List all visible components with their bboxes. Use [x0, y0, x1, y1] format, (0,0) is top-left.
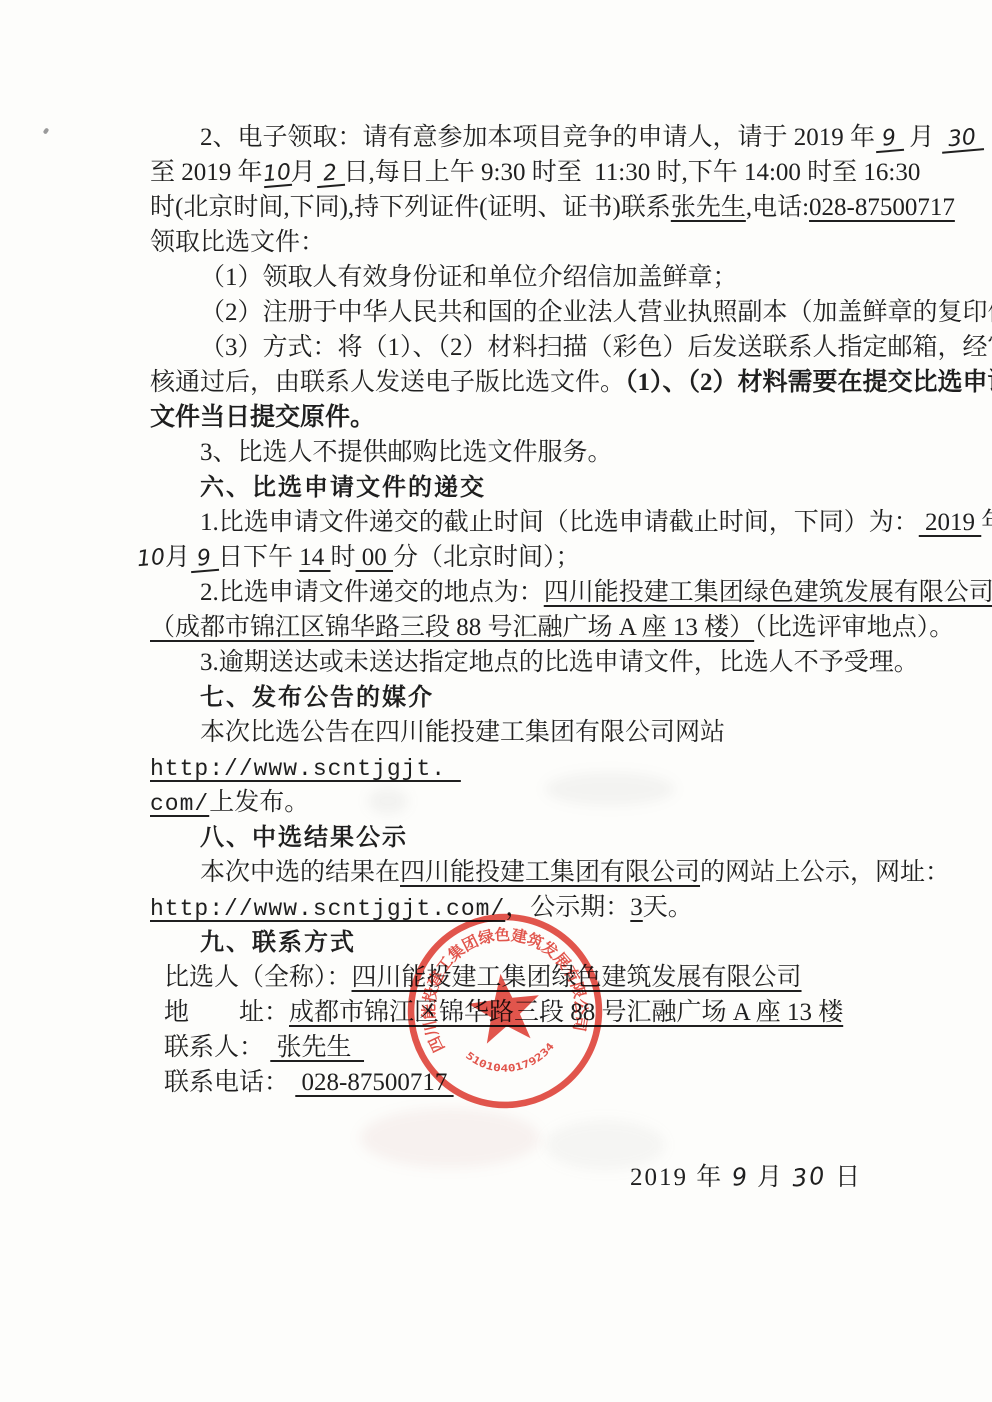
- text-run: 七、发布公告的媒介: [200, 684, 434, 711]
- text-run: 30: [939, 119, 984, 158]
- text-run: 00: [356, 544, 394, 571]
- text-run: 分（北京时间）；: [393, 544, 581, 571]
- text-run: 月: [165, 544, 190, 571]
- text-run: 联系人：: [164, 1034, 270, 1061]
- doc-line: 2、电子领取：请有意参加本项目竞争的申请人，请于 2019 年 9 月 30 日: [200, 120, 872, 155]
- text-run: 文件当日提交原件。: [150, 404, 375, 431]
- text-run: 30: [791, 1159, 828, 1197]
- doc-line: 九、联系方式: [200, 925, 872, 960]
- text-run: com/: [150, 791, 209, 817]
- doc-line: （1）领取人有效身份证和单位介绍信加盖鲜章；: [200, 260, 872, 295]
- scan-smudge: [545, 772, 675, 806]
- text-run: 至 2019 年: [150, 159, 263, 186]
- doc-line: 至 2019 年10月 2 日,每日上午 9:30 时至 11:30 时,下午 …: [150, 155, 872, 190]
- text-run: 六、比选申请文件的递交: [200, 474, 486, 501]
- doc-line: 联系电话： 028-87500717: [164, 1065, 872, 1100]
- text-run: （成都市锦江区锦华路三段 88 号汇融广场 A 座 13 楼）: [150, 614, 754, 641]
- text-run: 联系电话：: [164, 1069, 295, 1096]
- text-run: ,电话:: [746, 194, 809, 221]
- text-run: 月: [291, 159, 316, 186]
- text-run: 比选人（全称）：: [164, 964, 352, 991]
- text-run: 10: [261, 155, 292, 192]
- doc-line: 10月 9 日下午 14 时 00 分（北京时间）；: [137, 540, 872, 575]
- text-run: http://www.scntjgjt.com/: [150, 896, 505, 922]
- text-run: 2019 年: [630, 1164, 732, 1191]
- date-line: 2019 年 9 月 30 日: [630, 1160, 872, 1195]
- scan-speck: [43, 127, 50, 134]
- text-run: 领取比选文件：: [150, 229, 325, 256]
- text-run: 八、中选结果公示: [200, 824, 408, 851]
- doc-line: 本次中选的结果在四川能投建工集团有限公司的网站上公示，网址：: [200, 855, 872, 890]
- text-run: （比选评审地点）。: [754, 614, 954, 641]
- text-run: 上发布。: [209, 789, 309, 816]
- text-run: 日: [983, 124, 992, 151]
- text-run: 四川能投建工集团绿色建筑发展有限公司: [544, 579, 992, 606]
- text-run: 3、比选人不提供邮购比选文件服务。: [200, 439, 613, 466]
- doc-line: 文件当日提交原件。: [150, 400, 872, 435]
- text-run: （3）方式：将（1）、（2）材料扫描（彩色）后发送联系人指定邮箱，经审: [200, 334, 992, 361]
- text-run: 时: [331, 544, 356, 571]
- text-run: 天。: [643, 894, 693, 921]
- text-run: （2）注册于中华人民共和国的企业法人营业执照副本（加盖鲜章的复印件）；: [200, 299, 992, 326]
- doc-line: 比选人（全称）：四川能投建工集团绿色建筑发展有限公司: [164, 960, 872, 995]
- text-run: 3: [630, 894, 643, 921]
- text-run: http://www.scntjgjt.: [150, 756, 461, 782]
- doc-line: http://www.scntjgjt.: [150, 750, 872, 785]
- scan-smudge: [360, 1108, 540, 1168]
- doc-line: com/上发布。: [150, 785, 872, 820]
- text-run: 14: [299, 544, 330, 571]
- doc-line: 六、比选申请文件的递交: [200, 470, 872, 505]
- text-run: 本次比选公告在四川能投建工集团有限公司网站: [200, 719, 725, 746]
- text-run: （1）领取人有效身份证和单位介绍信加盖鲜章；: [200, 264, 738, 291]
- text-run: 2: [314, 155, 345, 192]
- text-run: 028-87500717: [295, 1069, 453, 1096]
- text-run: 张先生: [671, 194, 746, 221]
- doc-body: 2、电子领取：请有意参加本项目竞争的申请人，请于 2019 年 9 月 30 日…: [150, 120, 872, 1195]
- text-run: 核通过后，由联系人发送电子版比选文件。: [150, 369, 625, 396]
- text-run: 四川能投建工集团有限公司: [400, 859, 700, 886]
- doc-line: （2）注册于中华人民共和国的企业法人营业执照副本（加盖鲜章的复印件）；: [200, 295, 872, 330]
- doc-line: 1.比选申请文件递交的截止时间（比选申请截止时间，下同）为： 2019 年: [200, 505, 872, 540]
- text-run: 九、联系方式: [200, 929, 356, 956]
- doc-line: 2.比选申请文件递交的地点为：四川能投建工集团绿色建筑发展有限公司: [200, 575, 872, 610]
- text-run: 月: [749, 1164, 793, 1191]
- text-run: 2019: [919, 509, 982, 536]
- text-run: ，公示期：: [505, 894, 630, 921]
- text-run: 成都市锦江区锦华路三段 88 号汇融广场 A 座 13 楼: [289, 999, 843, 1026]
- text-run: 日下午: [218, 544, 299, 571]
- text-run: 028-87500717: [809, 194, 955, 221]
- text-run: 张先生: [270, 1034, 364, 1061]
- doc-line: （3）方式：将（1）、（2）材料扫描（彩色）后发送联系人指定邮箱，经审: [200, 330, 872, 365]
- text-run: 3.逾期送达或未送达指定地点的比选申请文件，比选人不予受理。: [200, 649, 919, 676]
- text-run: 年: [981, 509, 992, 536]
- doc-line: http://www.scntjgjt.com/，公示期：3天。: [150, 890, 872, 925]
- text-run: 月: [903, 124, 941, 151]
- text-run: 时(北京时间,下同),持下列证件(证明、证书)联系: [150, 194, 671, 221]
- text-run: 1.比选申请文件递交的截止时间（比选申请截止时间，下同）为：: [200, 509, 919, 536]
- text-run: 的网站上公示，网址：: [700, 859, 950, 886]
- text-run: 10: [136, 540, 167, 577]
- doc-line: 地 址：成都市锦江区锦华路三段 88 号汇融广场 A 座 13 楼: [164, 995, 872, 1030]
- text-run: 四川能投建工集团绿色建筑发展有限公司: [352, 964, 802, 991]
- text-run: 9: [874, 120, 905, 157]
- doc-line: 七、发布公告的媒介: [200, 680, 872, 715]
- scan-smudge: [545, 1120, 665, 1170]
- doc-line: （成都市锦江区锦华路三段 88 号汇融广场 A 座 13 楼）（比选评审地点）。: [150, 610, 872, 645]
- text-run: 日,每日上午 9:30 时至 11:30 时,下午 14:00 时至 16:30: [344, 159, 921, 186]
- text-run: 2、电子领取：请有意参加本项目竞争的申请人，请于 2019 年: [200, 124, 875, 151]
- document-page: 2、电子领取：请有意参加本项目竞争的申请人，请于 2019 年 9 月 30 日…: [0, 0, 992, 1402]
- scan-smudge: [368, 788, 408, 814]
- doc-line: 3、比选人不提供邮购比选文件服务。: [200, 435, 872, 470]
- text-run: 9: [730, 1159, 750, 1195]
- text-run: 2.比选申请文件递交的地点为：: [200, 579, 544, 606]
- doc-line: 八、中选结果公示: [200, 820, 872, 855]
- text-run: 9: [189, 540, 220, 577]
- text-run: 地 址：: [164, 999, 289, 1026]
- text-run: 日: [827, 1164, 862, 1191]
- doc-line: 本次比选公告在四川能投建工集团有限公司网站: [200, 715, 872, 750]
- text-run: 本次中选的结果在: [200, 859, 400, 886]
- doc-line: 联系人： 张先生: [164, 1030, 872, 1065]
- doc-line: 核通过后，由联系人发送电子版比选文件。（1）、（2）材料需要在提交比选申请: [150, 365, 872, 400]
- doc-line: 时(北京时间,下同),持下列证件(证明、证书)联系张先生,电话:028-8750…: [150, 190, 872, 225]
- doc-line: 3.逾期送达或未送达指定地点的比选申请文件，比选人不予受理。: [200, 645, 872, 680]
- text-run: （1）、（2）材料需要在提交比选申请: [625, 369, 992, 396]
- doc-line: 领取比选文件：: [150, 225, 872, 260]
